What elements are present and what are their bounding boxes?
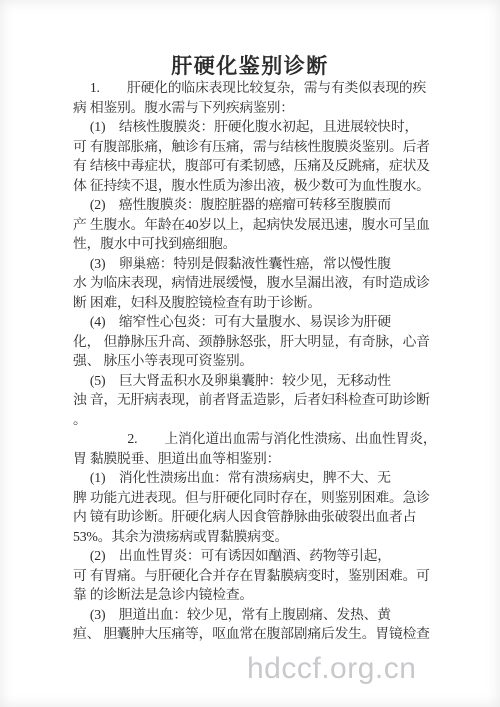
text-line: (3) 卵巢癌：特别是假黏液性囊性癌，常以慢性腹 <box>73 254 450 274</box>
text-line: 浊 音，无肝病表现，前者肾盂造影，后者妇科检查可助诊断 <box>73 390 450 410</box>
text-line: (3) 胆道出血：较少见，常有上腹剧痛、发热、黄 <box>73 605 450 625</box>
text-line: 1. 肝硬化的临床表现比较复杂，需与有类似表现的疾 <box>73 78 450 98</box>
text-line: 可 有腹部胀痛，触诊有压痛，需与结核性腹膜炎鉴别。后者 <box>73 137 450 157</box>
text-line: 53%。其余为溃疡病或胃黏膜病变。 <box>73 527 450 547</box>
text-line: (1) 消化性溃疡出血：常有溃疡病史，脾不大、无 <box>73 468 450 488</box>
text-line: 体 征持续不退，腹水性质为渗出液，极少数可为血性腹水。 <box>73 176 450 196</box>
text-line: 靠 的诊断法是急诊内镜检查。 <box>73 585 450 605</box>
watermark: hdccf.org.cn <box>247 652 416 686</box>
page-title: 肝硬化鉴别诊断 <box>0 50 500 80</box>
text-line: 病 相鉴别。腹水需与下列疾病鉴别： <box>73 98 450 118</box>
document-body: 1. 肝硬化的临床表现比较复杂，需与有类似表现的疾 病 相鉴别。腹水需与下列疾病… <box>73 78 450 644</box>
text-line: 2. 上消化道出血需与消化性溃疡、出血性胃炎， <box>73 429 450 449</box>
text-line: 脾 功能亢进表现。但与肝硬化同时存在，则鉴别困难。急诊 <box>73 488 450 508</box>
document-page: 肝硬化鉴别诊断 1. 肝硬化的临床表现比较复杂，需与有类似表现的疾 病 相鉴别。… <box>0 0 500 707</box>
text-line: 水 为临床表现，病情进展缓慢，腹水呈漏出液，有时造成诊 <box>73 273 450 293</box>
text-line: 胃 黏膜脱垂、胆道出血等相鉴别： <box>73 449 450 469</box>
text-line: (4) 缩窄性心包炎：可有大量腹水、易误诊为肝硬 <box>73 312 450 332</box>
text-line: (1) 结核性腹膜炎：肝硬化腹水初起，且进展较快时， <box>73 117 450 137</box>
text-line: 。 <box>73 410 450 430</box>
text-line: (2) 癌性腹膜炎：腹腔脏器的癌瘤可转移至腹膜而 <box>73 195 450 215</box>
text-line: 化， 但静脉压升高、颈静脉怒张，肝大明显，有奇脉，心音 <box>73 332 450 352</box>
text-line: 产 生腹水。年龄在40岁以上，起病快发展迅速，腹水可呈血 <box>73 215 450 235</box>
text-line: (5) 巨大肾盂积水及卵巢囊肿：较少见，无移动性 <box>73 371 450 391</box>
text-line: 可 有胃痛。与肝硬化合并存在胃黏膜病变时，鉴别困难。可 <box>73 566 450 586</box>
text-line: 疸、 胆囊肿大压痛等，呕血常在腹部剧痛后发生。胃镜检查 <box>73 624 450 644</box>
text-line: 有 结核中毒症状，腹部可有柔韧感，压痛及反跳痛，症状及 <box>73 156 450 176</box>
text-line: 强、 脉压小等表现可资鉴别。 <box>73 351 450 371</box>
text-line: (2) 出血性胃炎：可有诱因如酗酒、药物等引起， <box>73 546 450 566</box>
text-line: 性，腹水中可找到癌细胞。 <box>73 234 450 254</box>
text-line: 内 镜有助诊断。肝硬化病人因食管静脉曲张破裂出血者占 <box>73 507 450 527</box>
text-line: 断 困难，妇科及腹腔镜检查有助于诊断。 <box>73 293 450 313</box>
